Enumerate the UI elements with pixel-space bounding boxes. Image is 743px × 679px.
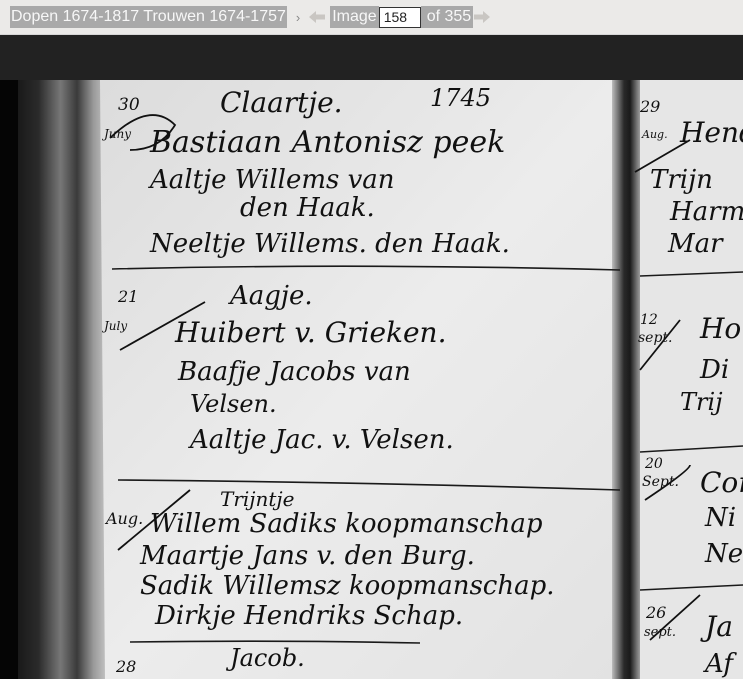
svg-text:Aaltje Jac. v. Velsen.: Aaltje Jac. v. Velsen. <box>188 425 454 455</box>
document-image-viewer[interactable]: 30 Juny Claartje. 1745 Bastiaan Antonisz… <box>0 80 743 679</box>
svg-text:29: 29 <box>639 97 660 116</box>
svg-text:Juny: Juny <box>101 127 131 141</box>
svg-text:21: 21 <box>117 287 138 306</box>
svg-text:Ho: Ho <box>699 312 741 345</box>
svg-text:28: 28 <box>115 657 136 676</box>
arrow-right-icon[interactable] <box>473 9 491 25</box>
svg-text:Jacob.: Jacob. <box>225 644 305 672</box>
svg-text:Sadik Willemsz koopmanschap.: Sadik Willemsz koopmanschap. <box>140 571 555 601</box>
breadcrumb-separator-icon: › <box>296 8 300 27</box>
svg-text:Trijn: Trijn <box>650 165 713 195</box>
svg-text:Baafje Jacobs van: Baafje Jacobs van <box>177 357 411 387</box>
svg-text:Mar: Mar <box>667 229 724 259</box>
svg-text:Con: Con <box>700 466 743 499</box>
svg-text:den Haak.: den Haak. <box>240 193 375 223</box>
image-label: Image <box>330 6 378 28</box>
svg-text:Aagje.: Aagje. <box>228 281 313 311</box>
svg-text:30: 30 <box>118 95 140 115</box>
collection-breadcrumb[interactable]: Dopen 1674-1817 Trouwen 1674-1757 <box>10 6 287 28</box>
svg-text:Trijntje: Trijntje <box>220 487 294 511</box>
svg-text:Sept.: Sept. <box>642 474 679 490</box>
viewer-header-band <box>0 35 743 80</box>
svg-text:Ni: Ni <box>704 503 736 533</box>
svg-text:Hend: Hend <box>679 116 743 149</box>
svg-text:Bastiaan Antonisz peek: Bastiaan Antonisz peek <box>149 125 505 160</box>
svg-text:Di: Di <box>699 355 729 385</box>
scanned-register-page: 30 Juny Claartje. 1745 Bastiaan Antonisz… <box>0 80 743 679</box>
svg-text:Ne: Ne <box>704 539 743 569</box>
svg-text:Willem Sadiks koopmanschap: Willem Sadiks koopmanschap <box>150 509 543 539</box>
svg-text:1745: 1745 <box>430 84 491 112</box>
svg-text:Dirkje Hendriks Schap.: Dirkje Hendriks Schap. <box>154 601 463 631</box>
svg-text:12: 12 <box>640 312 658 328</box>
svg-text:Claartje.: Claartje. <box>220 86 343 119</box>
svg-text:26: 26 <box>645 603 666 622</box>
svg-text:Trij: Trij <box>680 388 723 416</box>
svg-text:July: July <box>101 319 127 333</box>
svg-text:Neeltje Willems. den Haak.: Neeltje Willems. den Haak. <box>149 229 510 259</box>
image-total-label: of 355 <box>421 6 473 28</box>
svg-text:Af: Af <box>703 649 737 679</box>
svg-text:sept.: sept. <box>644 625 676 640</box>
svg-text:20: 20 <box>644 456 663 472</box>
viewer-toolbar: Dopen 1674-1817 Trouwen 1674-1757 › Imag… <box>0 0 743 35</box>
image-number-input[interactable] <box>379 7 421 28</box>
svg-text:Aug.: Aug. <box>641 128 668 141</box>
svg-text:Maartje Jans v. den Burg.: Maartje Jans v. den Burg. <box>139 541 475 571</box>
svg-text:Harm: Harm <box>669 197 743 227</box>
svg-text:sept.: sept. <box>638 330 673 346</box>
svg-text:Ja: Ja <box>700 610 733 643</box>
arrow-left-icon[interactable] <box>308 9 326 25</box>
svg-text:Aug.: Aug. <box>104 509 143 528</box>
svg-text:Aaltje Willems van: Aaltje Willems van <box>148 165 395 195</box>
svg-text:Huibert v. Grieken.: Huibert v. Grieken. <box>174 316 446 349</box>
svg-text:Velsen.: Velsen. <box>190 390 277 418</box>
